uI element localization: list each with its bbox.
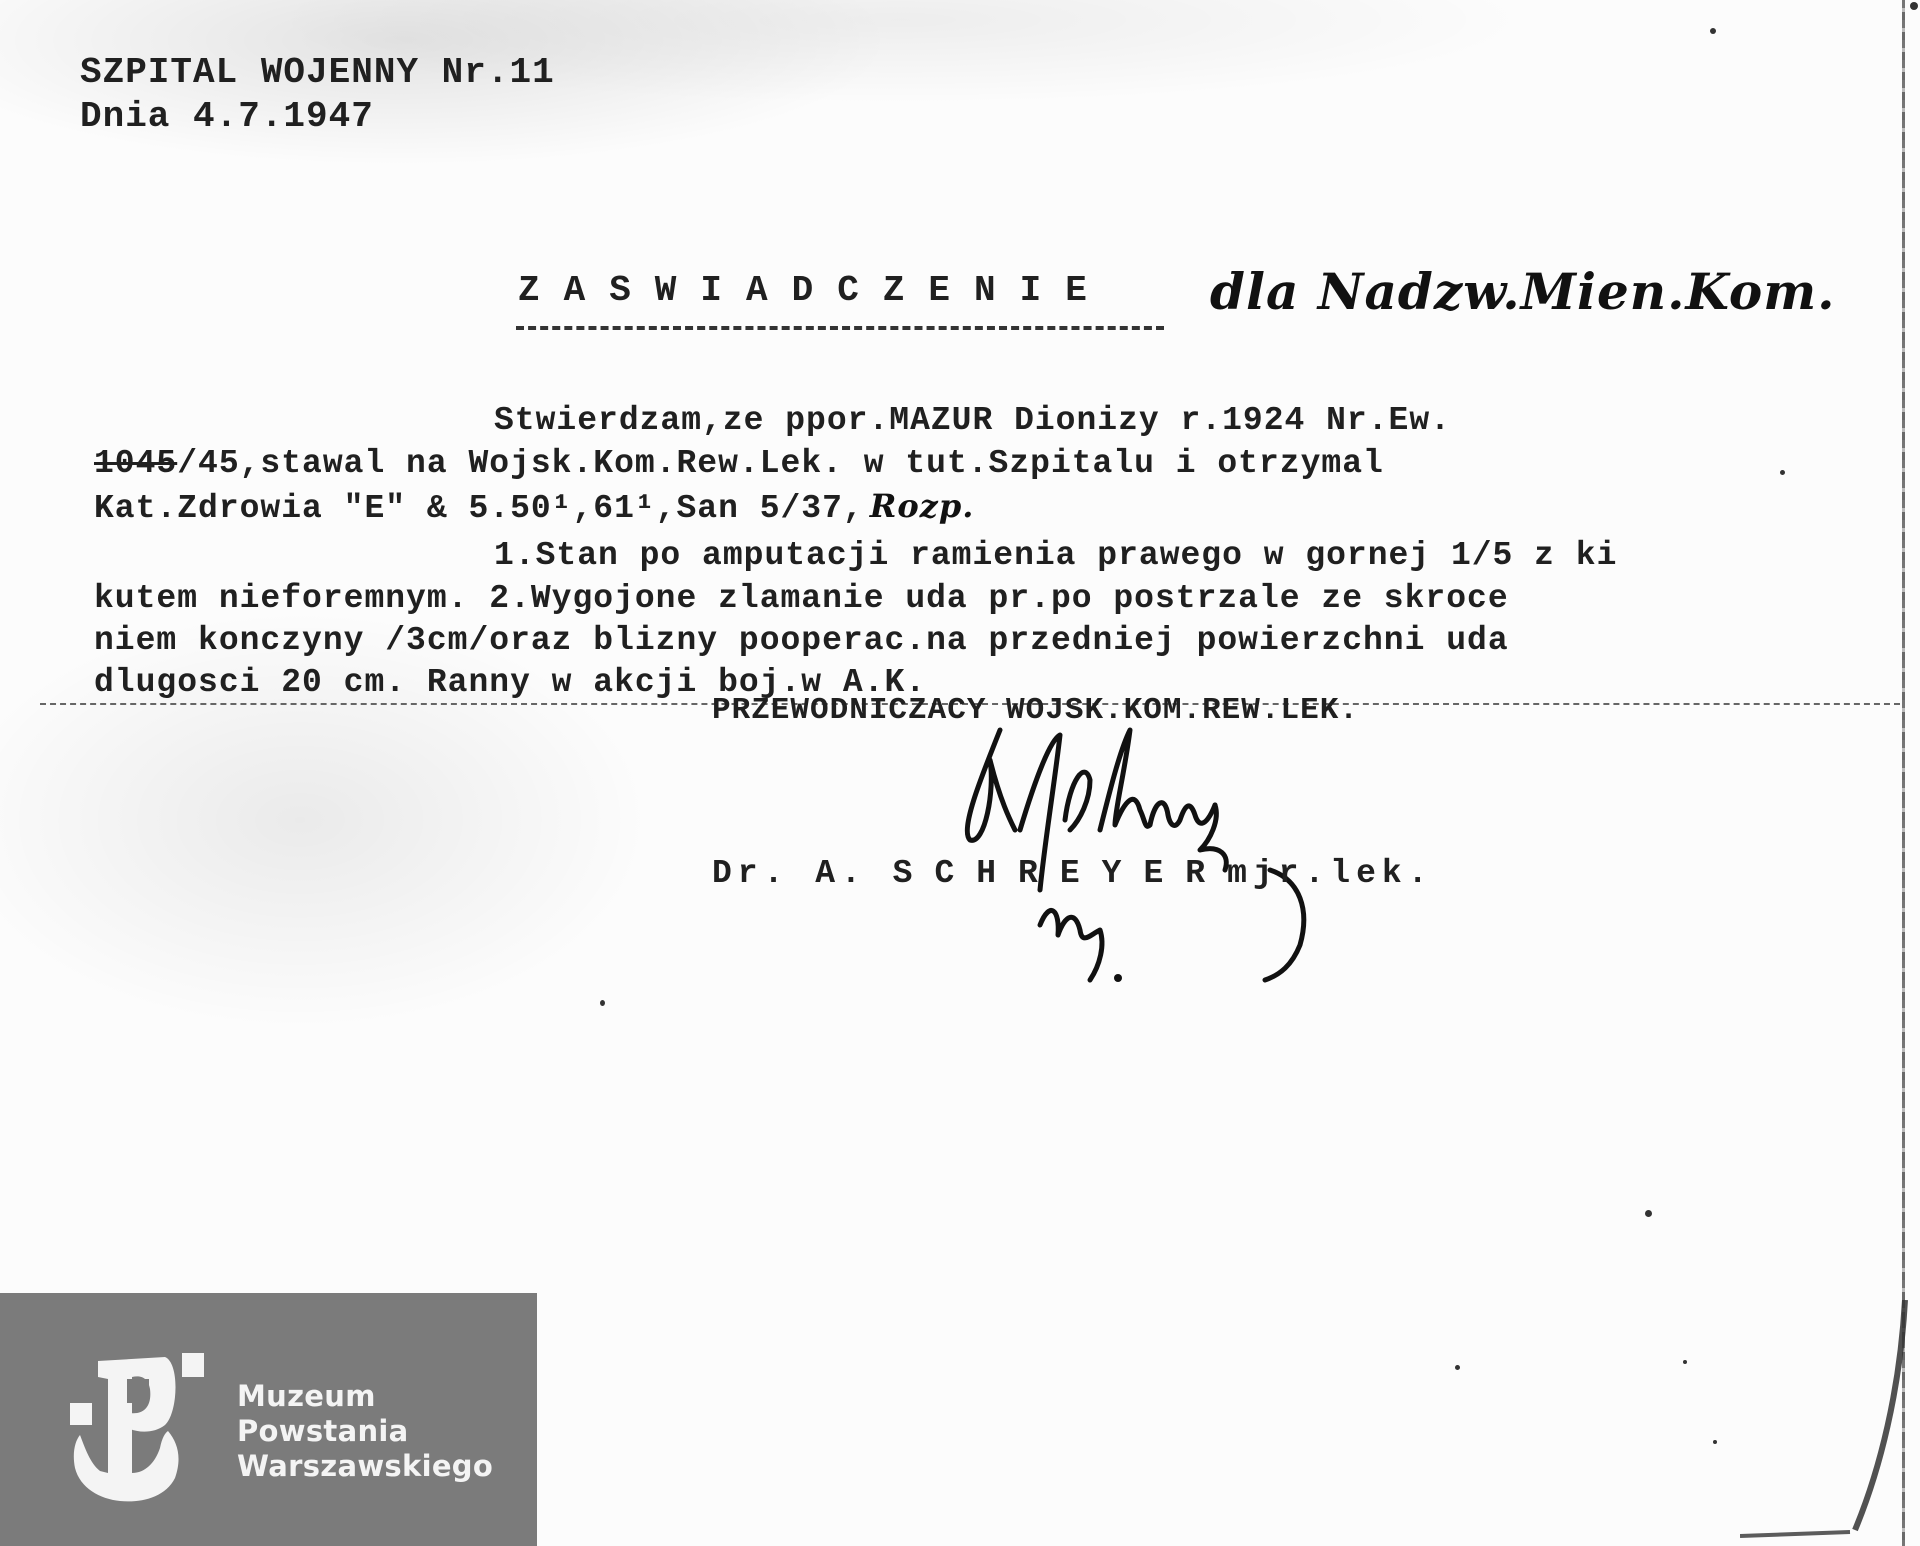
- body-line-4: 1.Stan po amputacji ramienia prawego w g…: [494, 537, 1617, 574]
- scan-speck: [1713, 1440, 1717, 1444]
- body-line-1: Stwierdzam,ze ppor.MAZUR Dionizy r.1924 …: [494, 402, 1451, 439]
- body-line-2-text: /45,stawal na Wojsk.Kom.Rew.Lek. w tut.S…: [177, 445, 1384, 482]
- paper-fold-line: [1740, 1300, 1910, 1546]
- museum-name-line-2: Powstania: [237, 1414, 493, 1449]
- body-line-2: 1045/45,stawal na Wojsk.Kom.Rew.Lek. w t…: [94, 445, 1384, 482]
- scan-speck: [1455, 1365, 1460, 1370]
- scan-speck: [1645, 1210, 1652, 1217]
- title-underline: [516, 326, 1164, 330]
- scan-speck: [600, 1000, 605, 1006]
- doctor-surname: SCHREYER: [893, 855, 1227, 892]
- struck-number: 1045: [94, 445, 177, 482]
- handwritten-rozp: Rozp.: [870, 487, 975, 525]
- kotwica-anchor-icon: [70, 1353, 210, 1503]
- scan-speck: [1710, 28, 1716, 34]
- scan-speck: [1780, 470, 1785, 475]
- hospital-name: SZPITAL WOJENNY Nr.11: [80, 52, 555, 93]
- museum-name: Muzeum Powstania Warszawskiego: [237, 1379, 493, 1484]
- doctor-prefix: Dr. A.: [712, 855, 867, 892]
- museum-name-line-1: Muzeum: [237, 1379, 493, 1414]
- body-line-3-text: Kat.Zdrowia "E" & 5.50¹,61¹,San 5/37,: [94, 490, 864, 527]
- scan-speck: [1910, 2, 1918, 10]
- document-date: Dnia 4.7.1947: [80, 96, 374, 137]
- handwritten-note: dla Nadzw.Mien.Kom.: [1210, 262, 1836, 321]
- body-line-3: Kat.Zdrowia "E" & 5.50¹,61¹,San 5/37,Roz…: [94, 487, 974, 527]
- body-line-5: kutem nieforemnym. 2.Wygojone zlamanie u…: [94, 580, 1509, 617]
- document-title: ZASWIADCZENIE: [518, 270, 1111, 311]
- museum-name-line-3: Warszawskiego: [237, 1449, 493, 1484]
- doctor-rank: mjr.lek.: [1227, 855, 1433, 892]
- scan-speck: [1683, 1360, 1687, 1364]
- doctor-signature-line: Dr. A. SCHREYERmjr.lek.: [712, 855, 1434, 892]
- museum-logo-watermark: Muzeum Powstania Warszawskiego: [0, 1293, 537, 1546]
- body-line-6: niem konczyny /3cm/oraz blizny pooperac.…: [94, 622, 1509, 659]
